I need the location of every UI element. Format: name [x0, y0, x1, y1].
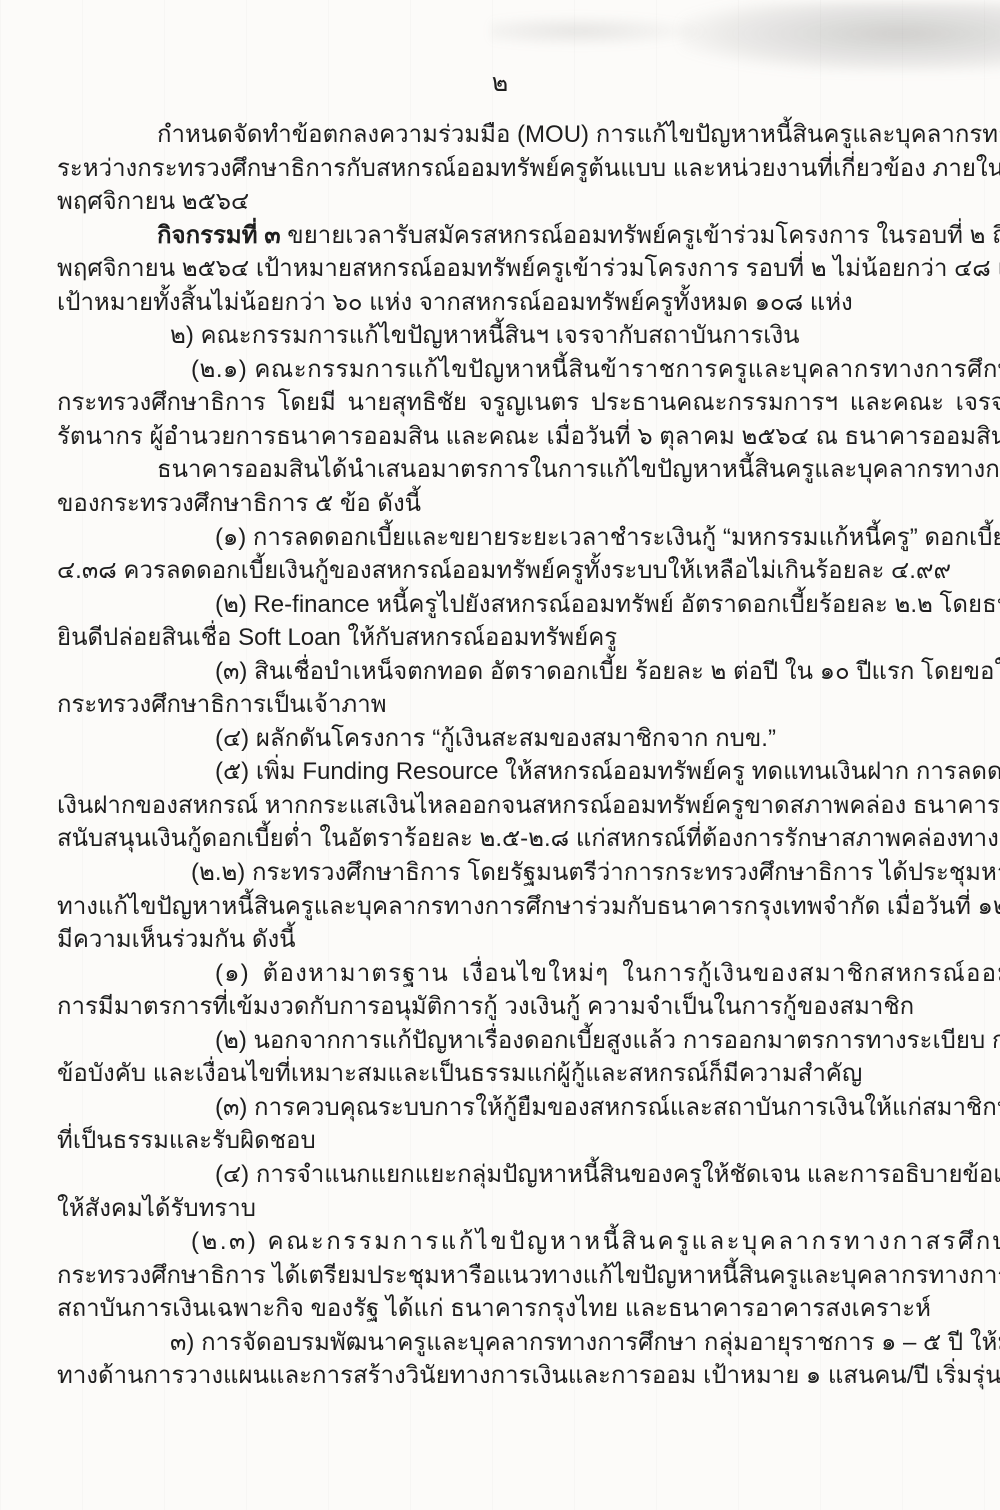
- text-line: ๒) คณะกรรมการแก้ไขปัญหาหนี้สินฯ เจรจากับ…: [57, 319, 949, 353]
- text-line: กำหนดจัดทำข้อตกลงความร่วมมือ (MOU) การแก…: [57, 118, 949, 152]
- text-line: กระทรวงศึกษาธิการ ได้เตรียมประชุมหารือแน…: [57, 1259, 949, 1293]
- text-line: การมีมาตรการที่เข้มงวดกับการอนุมัติการกู…: [57, 990, 949, 1024]
- text-line: สถาบันการเงินเฉพาะกิจ ของรัฐ ได้แก่ ธนาค…: [57, 1292, 949, 1326]
- text-line: ระหว่างกระทรวงศึกษาธิการกับสหกรณ์ออมทรัพ…: [57, 152, 949, 186]
- scanned-document-page: ๒ กำหนดจัดทำข้อตกลงความร่วมมือ (MOU) การ…: [0, 0, 1000, 1510]
- scan-smudge: [490, 14, 710, 48]
- text-line: (๔) การจำแนกแยกแยะกลุ่มปัญหาหนี้สินของคร…: [57, 1158, 949, 1192]
- text-line: ทางแก้ไขปัญหาหนี้สินครูและบุคลากรทางการศ…: [57, 890, 949, 924]
- text-line: ให้สังคมได้รับทราบ: [57, 1192, 949, 1226]
- text-line: ยินดีปล่อยสินเชื่อ Soft Loan ให้กับสหกรณ…: [57, 621, 949, 655]
- text-line: กระทรวงศึกษาธิการเป็นเจ้าภาพ: [57, 688, 949, 722]
- text-line: ธนาคารออมสินได้นำเสนอมาตรการในการแก้ไขปั…: [57, 453, 949, 487]
- text-line: กระทรวงศึกษาธิการ โดยมี นายสุทธิชัย จรูญ…: [57, 386, 949, 420]
- text-line: (๒) Re-finance หนี้ครูไปยังสหกรณ์ออมทรัพ…: [57, 588, 949, 622]
- line-text: ขยายเวลารับสมัครสหกรณ์ออมทรัพย์ครูเข้าร่…: [281, 222, 1000, 249]
- text-line: (๒.๒) กระทรวงศึกษาธิการ โดยรัฐมนตรีว่ากา…: [57, 856, 949, 890]
- text-line: ทางด้านการวางแผนและการสร้างวินัยทางการเง…: [57, 1359, 949, 1393]
- bold-lead: กิจกรรมที่ ๓: [157, 222, 281, 249]
- scan-smudge: [680, 2, 1000, 72]
- document-body: กำหนดจัดทำข้อตกลงความร่วมมือ (MOU) การแก…: [57, 118, 949, 1393]
- text-line: ที่เป็นธรรมและรับผิดชอบ: [57, 1124, 949, 1158]
- text-line: สนับสนุนเงินกู้ดอกเบี้ยต่ำ ในอัตราร้อยละ…: [57, 822, 949, 856]
- text-line: เป้าหมายทั้งสิ้นไม่น้อยกว่า ๖๐ แห่ง จากส…: [57, 286, 949, 320]
- text-line: กิจกรรมที่ ๓ ขยายเวลารับสมัครสหกรณ์ออมทร…: [57, 219, 949, 253]
- text-line: (๑) การลดดอกเบี้ยและขยายระยะเวลาชำระเงิน…: [57, 521, 949, 555]
- text-line: (๑) ต้องหามาตรฐาน เงื่อนไขใหม่ๆ ในการกู้…: [57, 957, 949, 991]
- text-line: เงินฝากของสหกรณ์ หากกระแสเงินไหลออกจนสหก…: [57, 789, 949, 823]
- text-line: (๒) นอกจากการแก้ปัญหาเรื่องดอกเบี้ยสูงแล…: [57, 1024, 949, 1058]
- text-line: ของกระทรวงศึกษาธิการ ๕ ข้อ ดังนี้: [57, 487, 949, 521]
- text-line: (๒.๑) คณะกรรมการแก้ไขปัญหาหนี้สินข้าราชก…: [57, 353, 949, 387]
- text-line: ข้อบังคับ และเงื่อนไขที่เหมาะสมและเป็นธร…: [57, 1057, 949, 1091]
- text-line: (๓) สินเชื่อบำเหน็จตกทอด อัตราดอกเบี้ย ร…: [57, 655, 949, 689]
- text-line: (๔) ผลักดันโครงการ “กู้เงินสะสมของสมาชิก…: [57, 722, 949, 756]
- text-line: (๓) การควบคุณระบบการให้กู้ยืมของสหกรณ์แล…: [57, 1091, 949, 1125]
- text-line: ๓) การจัดอบรมพัฒนาครูและบุคลากรทางการศึก…: [57, 1326, 949, 1360]
- text-line: (๕) เพิ่ม Funding Resource ให้สหกรณ์ออมท…: [57, 755, 949, 789]
- text-line: พฤศจิกายน ๒๕๖๔: [57, 185, 949, 219]
- text-line: มีความเห็นร่วมกัน ดังนี้: [57, 923, 949, 957]
- text-line: รัตนากร ผู้อำนวยการธนาคารออมสิน และคณะ เ…: [57, 420, 949, 454]
- page-number: ๒: [0, 68, 1000, 98]
- text-line: (๒.๓) คณะกรรมการแก้ไขปัญหาหนี้สินครูและบ…: [57, 1225, 949, 1259]
- text-line: ๔.๓๘ ควรลดดอกเบี้ยเงินกู้ของสหกรณ์ออมทรั…: [57, 554, 949, 588]
- text-line: พฤศจิกายน ๒๕๖๔ เป้าหมายสหกรณ์ออมทรัพย์คร…: [57, 252, 949, 286]
